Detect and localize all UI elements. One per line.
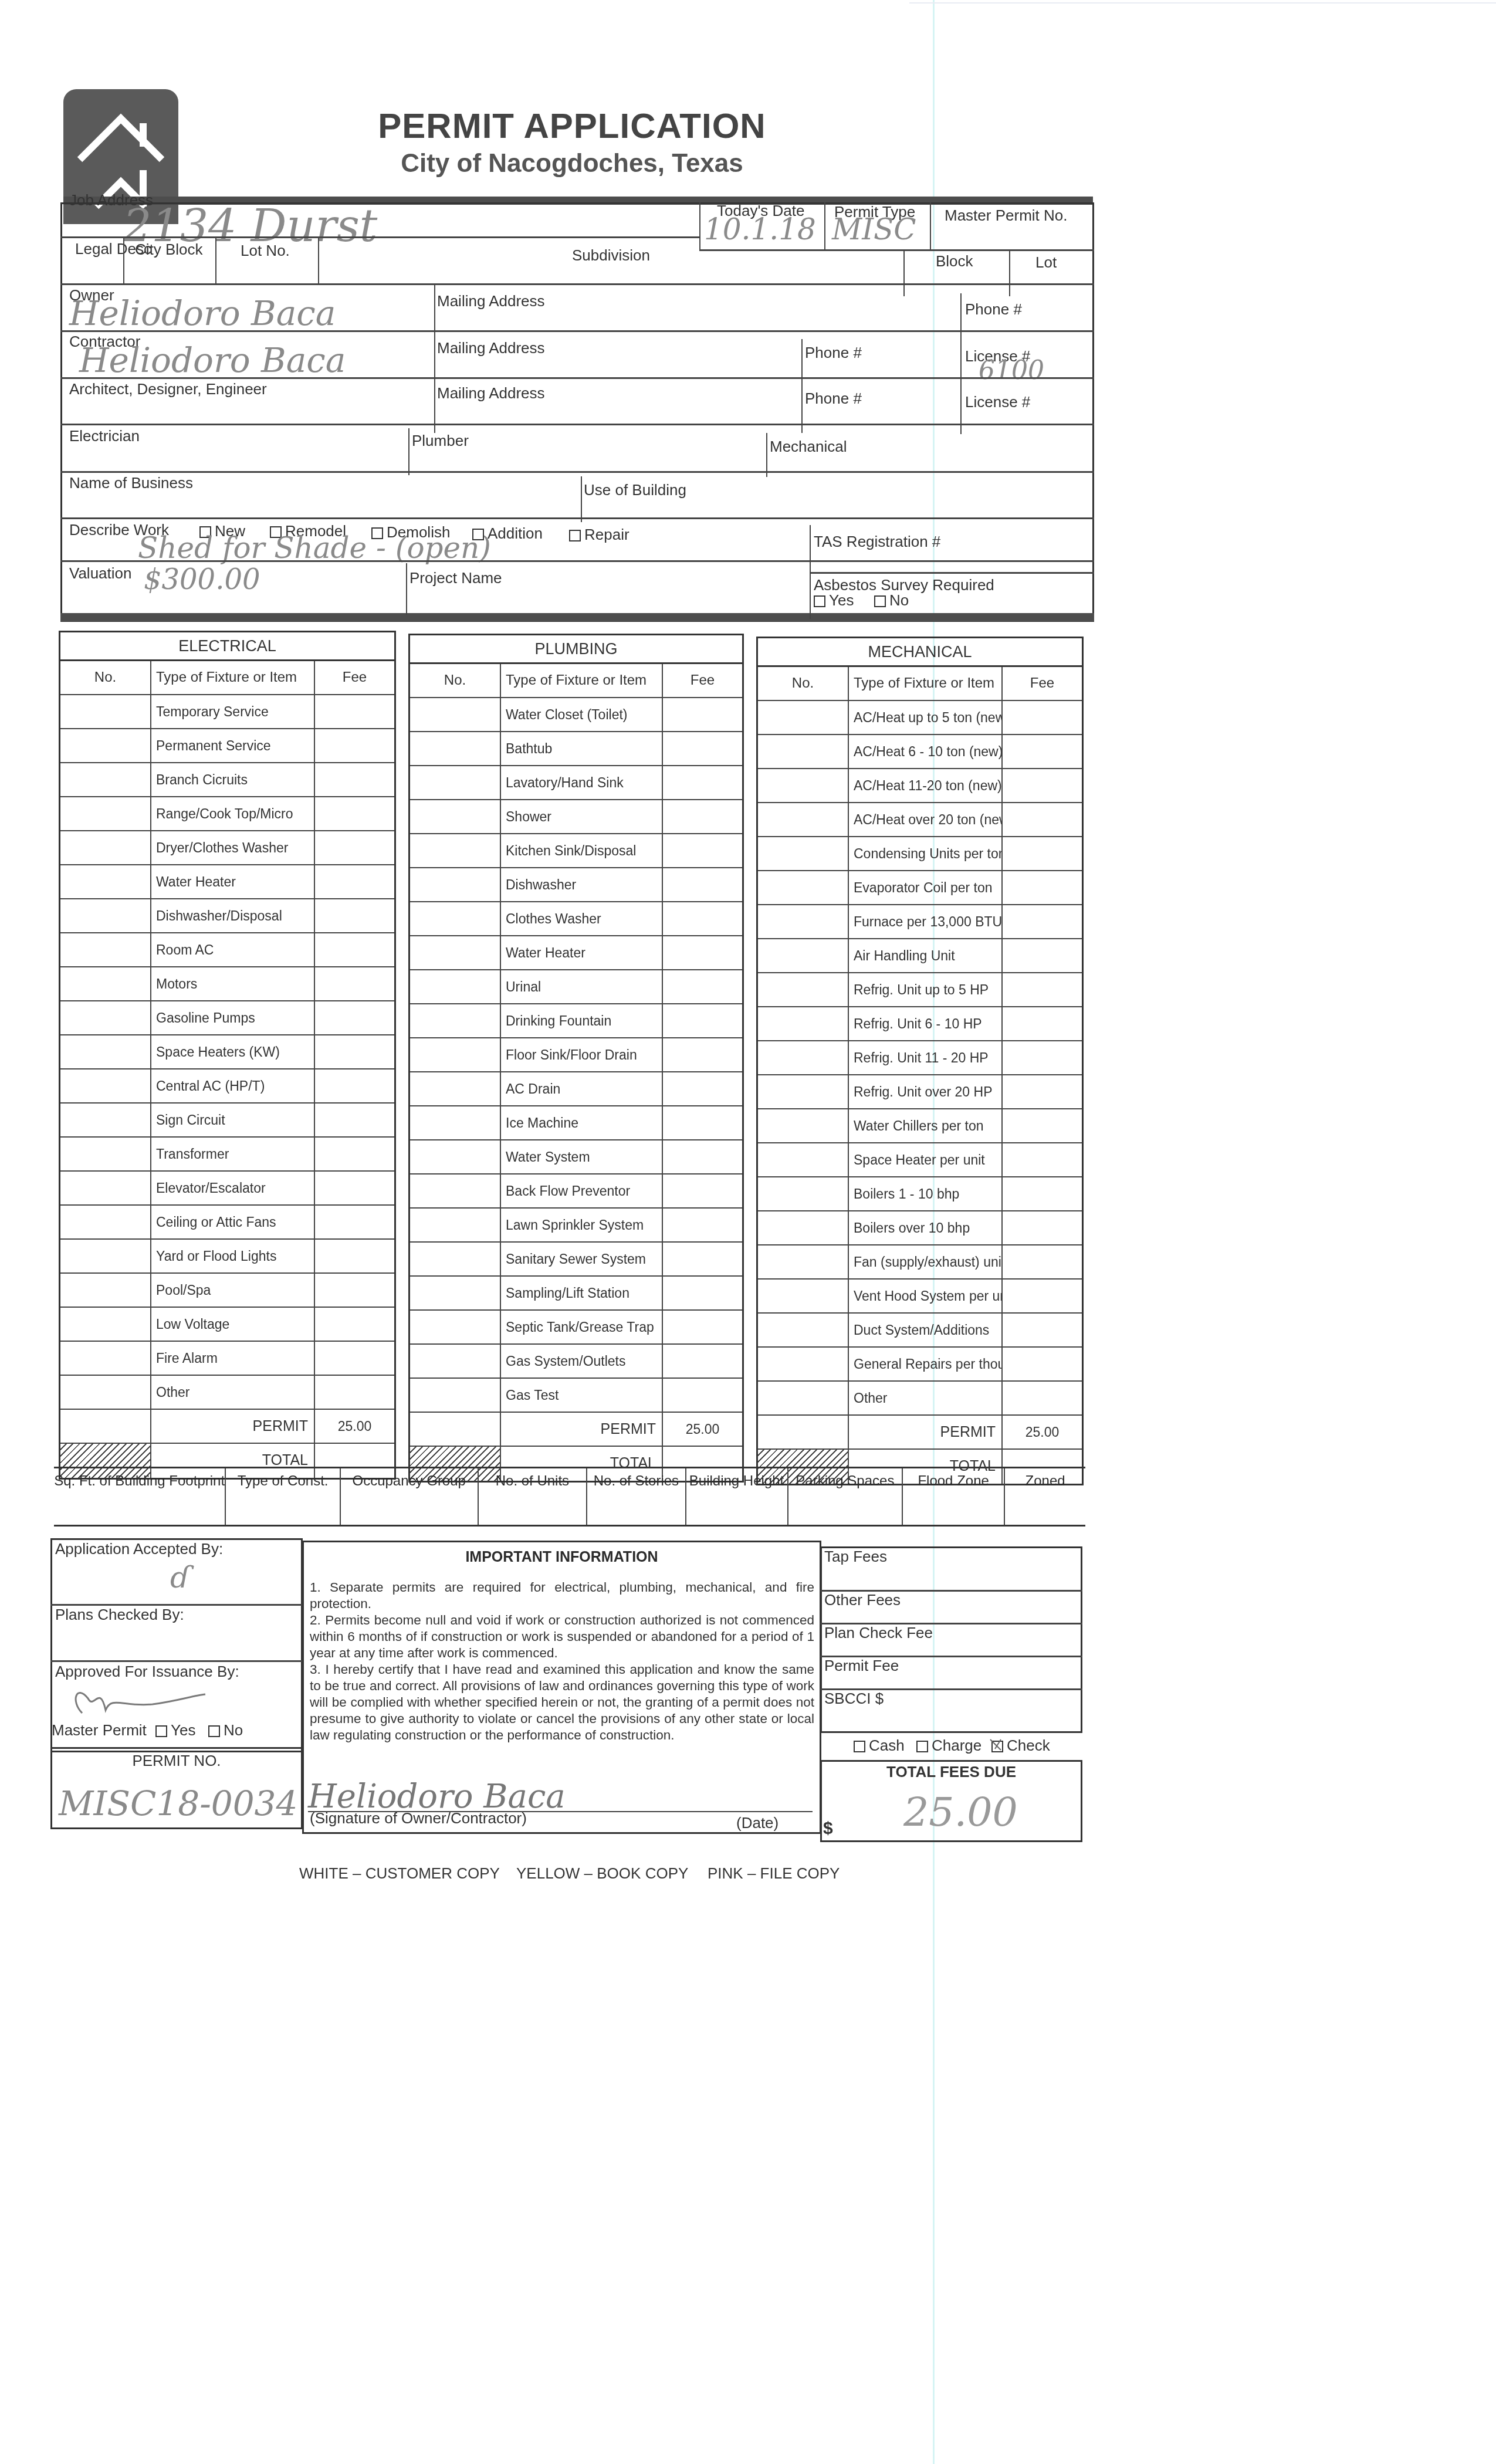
fee-field[interactable] [1003, 837, 1082, 870]
table-row: Branch Cicruits [60, 763, 394, 797]
fixture-label: Gas System/Outlets [501, 1345, 663, 1377]
quantity-field[interactable] [60, 967, 151, 1000]
divider [903, 249, 905, 296]
fee-field[interactable] [1003, 1314, 1082, 1346]
building-info-field[interactable]: No. of Stories [587, 1468, 686, 1525]
checkbox-icon [814, 595, 825, 607]
todays-date-field[interactable]: 10.1.18 [704, 212, 816, 246]
permit-fee-value: 25.00 [663, 1413, 742, 1446]
fixture-label: Ice Machine [501, 1106, 663, 1139]
fee-field[interactable] [663, 936, 742, 969]
fee-field[interactable] [663, 1004, 742, 1037]
checkbox-checked-icon [991, 1741, 1003, 1752]
quantity-field[interactable] [410, 1072, 501, 1105]
quantity-field[interactable] [60, 797, 151, 830]
table-row: Refrig. Unit 6 - 10 HP [758, 1007, 1082, 1041]
fee-field[interactable] [663, 902, 742, 935]
quantity-field[interactable] [60, 899, 151, 932]
fee-field[interactable] [1003, 803, 1082, 836]
electrician-label: Electrician [69, 427, 140, 445]
fee-field[interactable] [315, 797, 394, 830]
permit-no-field[interactable]: MISC18-0034 [59, 1783, 297, 1823]
fee-field[interactable] [663, 1311, 742, 1343]
fee-field[interactable] [1003, 735, 1082, 768]
architect-mailing-address-label: Mailing Address [437, 384, 545, 402]
table-row: Gas Test [410, 1379, 742, 1413]
quantity-field[interactable] [758, 1314, 849, 1346]
fee-field[interactable] [1003, 1382, 1082, 1414]
fixture-label: Range/Cook Top/Micro [151, 797, 315, 830]
master-permit-no[interactable]: No [208, 1721, 243, 1739]
quantity-field[interactable] [410, 1106, 501, 1139]
permit-fee-label: Permit Fee [824, 1657, 899, 1675]
currency-symbol: $ [823, 1819, 833, 1839]
quantity-field[interactable] [758, 1177, 849, 1210]
fixture-label: Refrig. Unit 11 - 20 HP [849, 1041, 1003, 1074]
table-row: AC Drain [410, 1072, 742, 1106]
fee-field[interactable] [1003, 973, 1082, 1006]
page-title: PERMIT APPLICATION [334, 106, 810, 146]
fixture-label: Dishwasher/Disposal [151, 899, 315, 932]
fee-field[interactable] [315, 1240, 394, 1272]
checkbox-icon [208, 1725, 220, 1737]
fixture-label: Pool/Spa [151, 1274, 315, 1307]
fee-field[interactable] [663, 766, 742, 799]
column-header-no: No. [410, 664, 501, 697]
quantity-field[interactable] [758, 803, 849, 836]
electrical-table-title: ELECTRICAL [60, 632, 394, 661]
column-header-fee: Fee [315, 661, 394, 694]
white-copy-label: WHITE – CUSTOMER COPY [299, 1864, 500, 1883]
table-row: Gasoline Pumps [60, 1001, 394, 1035]
plumbing-table: PLUMBINGNo.Type of Fixture or ItemFeeWat… [408, 634, 744, 1483]
payment-check[interactable]: Check [991, 1737, 1050, 1755]
fee-field[interactable] [663, 732, 742, 765]
table-row: Sampling/Lift Station [410, 1277, 742, 1311]
option-label: Yes [829, 591, 854, 609]
table-row: Pool/Spa [60, 1274, 394, 1308]
master-permit-yes[interactable]: Yes [155, 1721, 195, 1739]
quantity-field[interactable] [60, 695, 151, 728]
fee-field[interactable] [663, 1379, 742, 1412]
fee-field[interactable] [1003, 1280, 1082, 1312]
table-row: Yard or Flood Lights [60, 1240, 394, 1274]
fee-field[interactable] [1003, 1041, 1082, 1074]
table-row: Dryer/Clothes Washer [60, 831, 394, 865]
table-row: AC/Heat up to 5 ton (new) [758, 701, 1082, 735]
table-row: Dishwasher/Disposal [60, 899, 394, 933]
fixture-label: Condensing Units per ton [849, 837, 1003, 870]
quantity-field[interactable] [410, 1004, 501, 1037]
quantity-field[interactable] [758, 871, 849, 904]
quantity-field[interactable] [60, 1240, 151, 1272]
building-info-field[interactable]: Sq. Ft. of Building Footprint [54, 1468, 226, 1525]
quantity-field[interactable] [758, 837, 849, 870]
fee-field[interactable] [315, 1206, 394, 1238]
quantity-field[interactable] [410, 766, 501, 799]
table-row: Air Handling Unit [758, 939, 1082, 973]
fee-field[interactable] [1003, 1245, 1082, 1278]
fee-field[interactable] [1003, 769, 1082, 802]
table-row: Refrig. Unit over 20 HP [758, 1075, 1082, 1109]
table-row: Temporary Service [60, 695, 394, 729]
divider [60, 424, 1094, 425]
quantity-field[interactable] [60, 865, 151, 898]
table-row: Elevator/Escalator [60, 1172, 394, 1206]
table-row: Urinal [410, 970, 742, 1004]
table-row: Space Heater per unit [758, 1143, 1082, 1177]
fee-field[interactable] [315, 933, 394, 966]
fixture-label: Sampling/Lift Station [501, 1277, 663, 1309]
quantity-field[interactable] [60, 831, 151, 864]
fixture-label: AC Drain [501, 1072, 663, 1105]
fee-field[interactable] [663, 1140, 742, 1173]
divider [824, 202, 825, 249]
checkbox-icon [854, 1741, 865, 1752]
quantity-field[interactable] [758, 1109, 849, 1142]
quantity-field[interactable] [60, 1308, 151, 1341]
table-header-row: No.Type of Fixture or ItemFee [758, 667, 1082, 701]
column-header-fee: Fee [663, 664, 742, 697]
quantity-field[interactable] [758, 769, 849, 802]
divider [1009, 249, 1010, 296]
contractor-license-field[interactable]: 6100 [979, 356, 1044, 385]
table-row: Range/Cook Top/Micro [60, 797, 394, 831]
divider [60, 236, 700, 238]
master-permit-no-label: Master Permit No. [945, 207, 1068, 225]
fee-field[interactable] [315, 1342, 394, 1375]
table-row: Refrig. Unit up to 5 HP [758, 973, 1082, 1007]
date-label: (Date) [736, 1814, 779, 1832]
quantity-field[interactable] [60, 1274, 151, 1307]
subdivision-label: Subdivision [572, 246, 650, 265]
quantity-field[interactable] [60, 729, 151, 762]
fee-field[interactable] [1003, 1143, 1082, 1176]
divider [930, 202, 931, 249]
fee-field[interactable] [663, 698, 742, 731]
quantity-field[interactable] [60, 1342, 151, 1375]
fixture-label: Shower [501, 800, 663, 833]
table-row: Water Heater [60, 865, 394, 899]
quantity-field[interactable] [758, 1007, 849, 1040]
quantity-field[interactable] [410, 732, 501, 765]
fee-field[interactable] [315, 695, 394, 728]
fee-field[interactable] [315, 763, 394, 796]
fee-field[interactable] [663, 1072, 742, 1105]
yellow-copy-label: YELLOW – BOOK COPY [516, 1864, 688, 1883]
table-row: Condensing Units per ton [758, 837, 1082, 871]
plans-checked-label: Plans Checked By: [55, 1606, 184, 1624]
divider [123, 236, 124, 283]
quantity-field[interactable] [758, 1245, 849, 1278]
checkbox-icon [155, 1725, 167, 1737]
fee-field[interactable] [663, 1277, 742, 1309]
fee-field[interactable] [663, 834, 742, 867]
fixture-label: Evaporator Coil per ton [849, 871, 1003, 904]
fixture-label: Gasoline Pumps [151, 1001, 315, 1034]
fee-field[interactable] [1003, 1177, 1082, 1210]
table-row: Floor Sink/Floor Drain [410, 1038, 742, 1072]
project-name-label: Project Name [409, 569, 502, 587]
option-label: Check [1007, 1737, 1050, 1754]
fixture-label: Refrig. Unit 6 - 10 HP [849, 1007, 1003, 1040]
approved-signature[interactable] [65, 1678, 217, 1719]
fixture-label: Septic Tank/Grease Trap [501, 1311, 663, 1343]
fixture-label: Low Voltage [151, 1308, 315, 1341]
quantity-field[interactable] [410, 902, 501, 935]
fee-field[interactable] [1003, 939, 1082, 972]
table-row: Ice Machine [410, 1106, 742, 1140]
mechanical-table: MECHANICALNo.Type of Fixture or ItemFeeA… [756, 637, 1084, 1485]
fee-field[interactable] [1003, 701, 1082, 734]
quantity-field[interactable] [410, 1277, 501, 1309]
quantity-field[interactable] [410, 1379, 501, 1412]
fee-field[interactable] [663, 868, 742, 901]
fee-field[interactable] [315, 1104, 394, 1136]
quantity-field[interactable] [410, 1243, 501, 1275]
table-row: Sign Circuit [60, 1104, 394, 1138]
permit-row: PERMIT25.00 [758, 1416, 1082, 1450]
column-header-type: Type of Fixture or Item [501, 664, 663, 697]
column-header-no: No. [60, 661, 151, 694]
fee-field[interactable] [315, 831, 394, 864]
fixture-label: Floor Sink/Floor Drain [501, 1038, 663, 1071]
electrical-table: ELECTRICALNo.Type of Fixture or ItemFeeT… [59, 631, 396, 1480]
option-label: No [224, 1721, 243, 1739]
fee-field[interactable] [315, 1376, 394, 1409]
table-row: Fan (supply/exhaust) unit [758, 1245, 1082, 1280]
permit-row: PERMIT25.00 [410, 1413, 742, 1447]
building-info-field[interactable]: No. of Units [479, 1468, 588, 1525]
quantity-field[interactable] [410, 1345, 501, 1377]
permit-fee-value: 25.00 [315, 1410, 394, 1443]
fixture-label: Other [849, 1382, 1003, 1414]
fee-field[interactable] [1003, 871, 1082, 904]
table-row: Water Chillers per ton [758, 1109, 1082, 1143]
fee-field[interactable] [1003, 1211, 1082, 1244]
contractor-mailing-address-label: Mailing Address [437, 339, 545, 357]
quantity-field[interactable] [60, 1172, 151, 1204]
page-subtitle: City of Nacogdoches, Texas [334, 149, 810, 178]
table-row: Dishwasher [410, 868, 742, 902]
table-row: Duct System/Additions [758, 1314, 1082, 1348]
asbestos-no[interactable]: No [874, 591, 909, 610]
use-of-building-label: Use of Building [584, 481, 686, 499]
fixture-label: Boilers over 10 bhp [849, 1211, 1003, 1244]
fee-field[interactable] [315, 967, 394, 1000]
table-row: Space Heaters (KW) [60, 1035, 394, 1069]
quantity-field[interactable] [60, 1104, 151, 1136]
building-info-field[interactable]: Type of Const. [226, 1468, 341, 1525]
empty-cell [60, 1410, 151, 1443]
fixture-label: Air Handling Unit [849, 939, 1003, 972]
quantity-field[interactable] [410, 800, 501, 833]
table-row: Permanent Service [60, 729, 394, 763]
contractor-field[interactable]: Heliodoro Baca [79, 340, 346, 380]
divider [810, 572, 1094, 574]
building-info-field[interactable]: Building Height [686, 1468, 788, 1525]
building-info-field[interactable]: Zoned [1005, 1468, 1085, 1525]
fee-field[interactable] [315, 1308, 394, 1341]
quantity-field[interactable] [60, 1035, 151, 1068]
quantity-field[interactable] [410, 1175, 501, 1207]
table-row: Other [60, 1376, 394, 1410]
quantity-field[interactable] [410, 1140, 501, 1173]
fee-field[interactable] [315, 1001, 394, 1034]
fee-field[interactable] [1003, 1348, 1082, 1380]
lot-no-label: Lot No. [241, 242, 290, 260]
table-row: Septic Tank/Grease Trap [410, 1311, 742, 1345]
fixture-label: Sign Circuit [151, 1104, 315, 1136]
quantity-field[interactable] [758, 1280, 849, 1312]
building-info-field[interactable]: Parking Spaces [788, 1468, 903, 1525]
checkbox-icon [916, 1741, 928, 1752]
asbestos-yes[interactable]: Yes [814, 591, 854, 610]
quantity-field[interactable] [410, 1209, 501, 1241]
quantity-field[interactable] [60, 1376, 151, 1409]
quantity-field[interactable] [758, 701, 849, 734]
quantity-field[interactable] [60, 1001, 151, 1034]
business-name-label: Name of Business [69, 474, 193, 492]
fixture-label: Urinal [501, 970, 663, 1003]
fee-field[interactable] [663, 1038, 742, 1071]
fixture-label: Central AC (HP/T) [151, 1069, 315, 1102]
fixture-label: Fire Alarm [151, 1342, 315, 1375]
fee-field[interactable] [1003, 1075, 1082, 1108]
table-header-row: No.Type of Fixture or ItemFee [410, 664, 742, 698]
quantity-field[interactable] [410, 970, 501, 1003]
important-info-p2: 2. Permits become null and void if work … [310, 1612, 814, 1661]
fixture-label: Gas Test [501, 1379, 663, 1412]
valuation-field[interactable]: $300.00 [144, 563, 260, 596]
fee-field[interactable] [315, 729, 394, 762]
fixture-label: Refrig. Unit up to 5 HP [849, 973, 1003, 1006]
table-row: Boilers over 10 bhp [758, 1211, 1082, 1245]
tap-fees-label: Tap Fees [824, 1548, 887, 1566]
table-row: Room AC [60, 933, 394, 967]
quantity-field[interactable] [410, 698, 501, 731]
table-row: Low Voltage [60, 1308, 394, 1342]
table-row: Central AC (HP/T) [60, 1069, 394, 1104]
table-row: Shower [410, 800, 742, 834]
table-row: Transformer [60, 1138, 394, 1172]
fixture-label: Dryer/Clothes Washer [151, 831, 315, 864]
fee-field[interactable] [663, 1243, 742, 1275]
table-row: Water Closet (Toilet) [410, 698, 742, 732]
quantity-field[interactable] [758, 1348, 849, 1380]
fee-field[interactable] [315, 1069, 394, 1102]
quantity-field[interactable] [60, 763, 151, 796]
quantity-field[interactable] [758, 1211, 849, 1244]
sbcci-label: SBCCI $ [824, 1690, 884, 1708]
divider [60, 517, 1094, 519]
quantity-field[interactable] [60, 1206, 151, 1238]
fixture-label: Fan (supply/exhaust) unit [849, 1245, 1003, 1278]
quantity-field[interactable] [60, 1138, 151, 1170]
quantity-field[interactable] [60, 933, 151, 966]
fee-field[interactable] [663, 1345, 742, 1377]
accepted-by-signature[interactable]: ɗ [170, 1561, 190, 1595]
option-label: Repair [584, 526, 629, 543]
quantity-field[interactable] [758, 1382, 849, 1414]
quantity-field[interactable] [410, 1038, 501, 1071]
contractor-phone-label: Phone # [805, 344, 862, 362]
divider [50, 1660, 303, 1662]
fixture-label: Water Closet (Toilet) [501, 698, 663, 731]
fee-field[interactable] [663, 1209, 742, 1241]
owner-field[interactable]: Heliodoro Baca [69, 293, 336, 333]
table-row: Clothes Washer [410, 902, 742, 936]
quantity-field[interactable] [410, 834, 501, 867]
building-info-strip: Sq. Ft. of Building FootprintType of Con… [54, 1467, 1085, 1527]
quantity-field[interactable] [758, 905, 849, 938]
quantity-field[interactable] [410, 936, 501, 969]
fixture-label: Motors [151, 967, 315, 1000]
fee-field[interactable] [315, 1274, 394, 1307]
quantity-field[interactable] [758, 1143, 849, 1176]
permit-no-label: PERMIT NO. [50, 1752, 303, 1770]
tas-registration-label: TAS Registration # [814, 533, 940, 551]
payment-cash[interactable]: Cash [854, 1737, 905, 1755]
quantity-field[interactable] [758, 1075, 849, 1108]
fixture-label: Other [151, 1376, 315, 1409]
quantity-field[interactable] [758, 973, 849, 1006]
table-row: Ceiling or Attic Fans [60, 1206, 394, 1240]
total-fees-field[interactable]: 25.00 [903, 1789, 1018, 1836]
divider [408, 428, 409, 475]
fixture-label: Water Heater [151, 865, 315, 898]
fee-field[interactable] [663, 800, 742, 833]
divider [766, 433, 767, 477]
divider [60, 283, 1094, 285]
fee-field[interactable] [1003, 905, 1082, 938]
fee-field[interactable] [315, 899, 394, 932]
quantity-field[interactable] [410, 868, 501, 901]
option-label: Yes [171, 1721, 195, 1739]
fee-field[interactable] [315, 1138, 394, 1170]
fee-field[interactable] [663, 1175, 742, 1207]
fee-field[interactable] [315, 1035, 394, 1068]
payment-charge[interactable]: Charge [916, 1737, 981, 1755]
option-label: Charge [932, 1737, 981, 1754]
fee-field[interactable] [1003, 1007, 1082, 1040]
table-row: AC/Heat 11-20 ton (new) [758, 769, 1082, 803]
fixture-label: AC/Heat 6 - 10 ton (new) [849, 735, 1003, 768]
quantity-field[interactable] [758, 1041, 849, 1074]
quantity-field[interactable] [410, 1311, 501, 1343]
fixture-label: Elevator/Escalator [151, 1172, 315, 1204]
accepted-by-label: Application Accepted By: [55, 1540, 223, 1558]
fee-field[interactable] [315, 865, 394, 898]
building-info-field[interactable]: Flood Zone [903, 1468, 1005, 1525]
building-info-field[interactable]: Occupancy Group [341, 1468, 479, 1525]
fee-field[interactable] [663, 970, 742, 1003]
quantity-field[interactable] [758, 735, 849, 768]
important-info-p3: 3. I hereby certify that I have read and… [310, 1661, 814, 1744]
quantity-field[interactable] [60, 1069, 151, 1102]
fixture-label: Kitchen Sink/Disposal [501, 834, 663, 867]
option-repair[interactable]: Repair [569, 526, 629, 544]
divider [699, 249, 1094, 251]
fee-field[interactable] [1003, 1109, 1082, 1142]
permit-label: PERMIT [501, 1413, 663, 1446]
quantity-field[interactable] [758, 939, 849, 972]
fee-field[interactable] [315, 1172, 394, 1204]
option-label: No [889, 591, 909, 609]
fee-field[interactable] [663, 1106, 742, 1139]
permit-type-field[interactable]: MISC [832, 212, 916, 246]
table-row: General Repairs per thou. [758, 1348, 1082, 1382]
